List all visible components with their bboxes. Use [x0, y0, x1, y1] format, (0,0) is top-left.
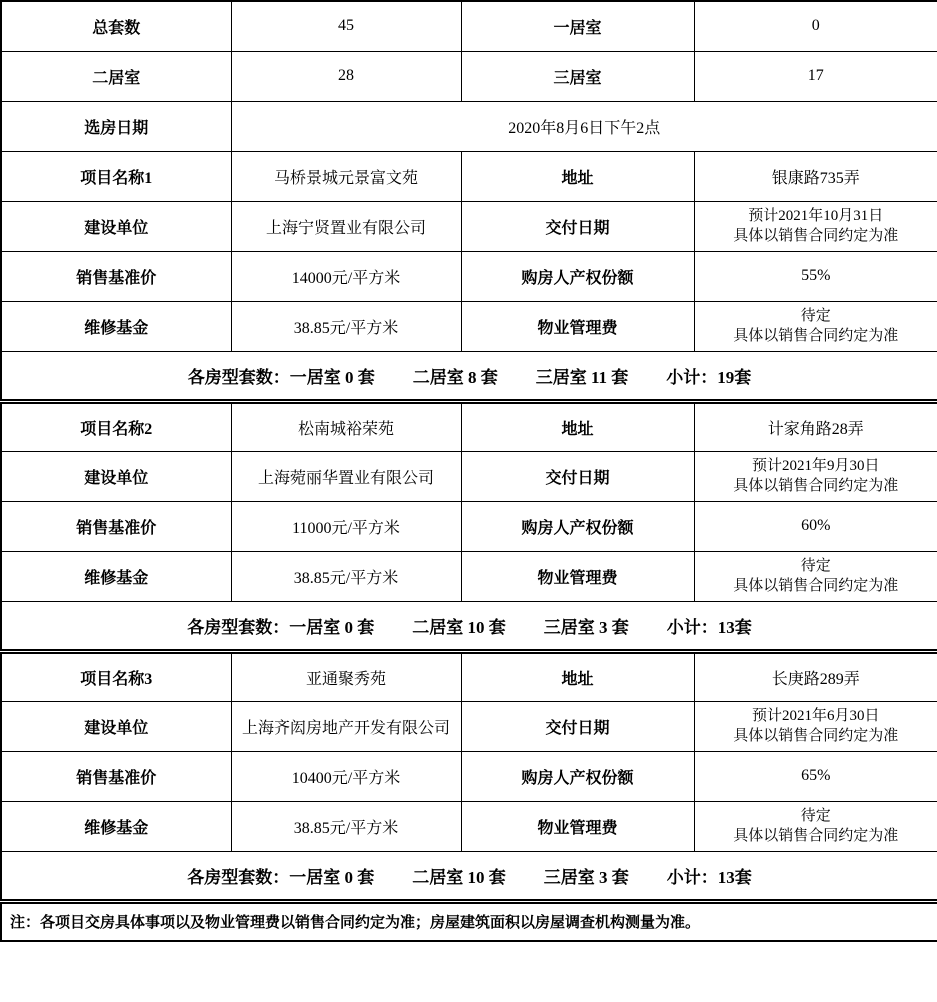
- project3-summary-one: 一居室 0 套: [289, 868, 374, 887]
- project3-price-value: 10400元/平方米: [231, 751, 461, 801]
- table-row: 注：各项目交房具体事项以及物业管理费以销售合同约定为准；房屋建筑面积以房屋调查机…: [1, 901, 937, 941]
- project3-management-line1: 待定: [699, 806, 934, 826]
- table-row: 项目名称2 松南城裕荣苑 地址 计家角路28弄: [1, 401, 937, 451]
- project2-developer-label: 建设单位: [1, 451, 231, 501]
- project1-summary-three: 三居室 11 套: [536, 363, 629, 388]
- table-row: 总套数 45 一居室 0: [1, 1, 937, 51]
- housing-info-sheet: 总套数 45 一居室 0 二居室 28 三居室 17 选房日期 2020年8月6…: [0, 0, 937, 1002]
- project2-price-label: 销售基准价: [1, 501, 231, 551]
- project2-developer-value: 上海菀丽华置业有限公司: [231, 451, 461, 501]
- project2-share-label: 购房人产权份额: [461, 501, 694, 551]
- project2-delivery-line2: 具体以销售合同约定为准: [699, 476, 934, 496]
- project2-delivery-line1: 预计2021年9月30日: [699, 456, 934, 476]
- project2-summary-one: 一居室 0 套: [289, 618, 374, 637]
- table-row: 建设单位 上海齐闳房地产开发有限公司 交付日期 预计2021年6月30日 具体以…: [1, 701, 937, 751]
- project1-summary-row: 各房型套数：一居室 0 套 二居室 8 套 三居室 11 套 小计：19套: [1, 351, 937, 401]
- project1-summary-counts: 各房型套数：一居室 0 套: [188, 363, 375, 388]
- two-bedroom-value: 28: [231, 51, 461, 101]
- project1-name-label: 项目名称1: [1, 151, 231, 201]
- project3-summary-counts: 各房型套数：一居室 0 套: [187, 863, 374, 888]
- table-row: 销售基准价 11000元/平方米 购房人产权份额 60%: [1, 501, 937, 551]
- project1-address-value: 银康路735弄: [694, 151, 937, 201]
- project1-share-label: 购房人产权份额: [461, 251, 694, 301]
- one-bedroom-value: 0: [694, 1, 937, 51]
- three-bedroom-value: 17: [694, 51, 937, 101]
- project2-delivery-label: 交付日期: [461, 451, 694, 501]
- project1-name-value: 马桥景城元景富文苑: [231, 151, 461, 201]
- project3-name-label: 项目名称3: [1, 651, 231, 701]
- project3-summary-two: 二居室 10 套: [412, 863, 506, 888]
- project3-delivery-value: 预计2021年6月30日 具体以销售合同约定为准: [694, 701, 937, 751]
- project2-maintenance-label: 维修基金: [1, 551, 231, 601]
- project3-maintenance-label: 维修基金: [1, 801, 231, 851]
- project2-delivery-value: 预计2021年9月30日 具体以销售合同约定为准: [694, 451, 937, 501]
- two-bedroom-label: 二居室: [1, 51, 231, 101]
- project3-summary-row: 各房型套数：一居室 0 套 二居室 10 套 三居室 3 套 小计：13套: [1, 851, 937, 901]
- project3-summary-label: 各房型套数：: [187, 868, 289, 887]
- three-bedroom-label: 三居室: [461, 51, 694, 101]
- table-row: 二居室 28 三居室 17: [1, 51, 937, 101]
- project2-price-value: 11000元/平方米: [231, 501, 461, 551]
- project3-developer-label: 建设单位: [1, 701, 231, 751]
- table-row: 项目名称1 马桥景城元景富文苑 地址 银康路735弄: [1, 151, 937, 201]
- project1-price-label: 销售基准价: [1, 251, 231, 301]
- table-row: 各房型套数：一居室 0 套 二居室 10 套 三居室 3 套 小计：13套: [1, 851, 937, 901]
- total-units-label: 总套数: [1, 1, 231, 51]
- table-row: 维修基金 38.85元/平方米 物业管理费 待定 具体以销售合同约定为准: [1, 301, 937, 351]
- project2-address-label: 地址: [461, 401, 694, 451]
- project3-developer-value: 上海齐闳房地产开发有限公司: [231, 701, 461, 751]
- project1-price-value: 14000元/平方米: [231, 251, 461, 301]
- housing-info-table: 总套数 45 一居室 0 二居室 28 三居室 17 选房日期 2020年8月6…: [0, 0, 937, 942]
- footnote: 注：各项目交房具体事项以及物业管理费以销售合同约定为准；房屋建筑面积以房屋调查机…: [1, 901, 937, 941]
- table-row: 各房型套数：一居室 0 套 二居室 8 套 三居室 11 套 小计：19套: [1, 351, 937, 401]
- project2-management-line1: 待定: [699, 556, 934, 576]
- project1-management-line2: 具体以销售合同约定为准: [699, 326, 934, 346]
- project2-share-value: 60%: [694, 501, 937, 551]
- project3-share-label: 购房人产权份额: [461, 751, 694, 801]
- one-bedroom-label: 一居室: [461, 1, 694, 51]
- project1-summary-two: 二居室 8 套: [413, 363, 498, 388]
- table-row: 选房日期 2020年8月6日下午2点: [1, 101, 937, 151]
- project1-share-value: 55%: [694, 251, 937, 301]
- table-row: 项目名称3 亚通聚秀苑 地址 长庚路289弄: [1, 651, 937, 701]
- project2-management-label: 物业管理费: [461, 551, 694, 601]
- project1-delivery-line1: 预计2021年10月31日: [699, 206, 934, 226]
- project2-maintenance-value: 38.85元/平方米: [231, 551, 461, 601]
- project2-summary-label: 各房型套数：: [187, 618, 289, 637]
- selection-date-label: 选房日期: [1, 101, 231, 151]
- project3-share-value: 65%: [694, 751, 937, 801]
- project3-summary-three: 三居室 3 套: [544, 863, 629, 888]
- project1-summary-one: 一居室 0 套: [290, 368, 375, 387]
- project3-management-line2: 具体以销售合同约定为准: [699, 826, 934, 846]
- selection-date-value: 2020年8月6日下午2点: [231, 101, 937, 151]
- project3-delivery-line2: 具体以销售合同约定为准: [699, 726, 934, 746]
- project2-summary-row: 各房型套数：一居室 0 套 二居室 10 套 三居室 3 套 小计：13套: [1, 601, 937, 651]
- project1-management-value: 待定 具体以销售合同约定为准: [694, 301, 937, 351]
- table-row: 各房型套数：一居室 0 套 二居室 10 套 三居室 3 套 小计：13套: [1, 601, 937, 651]
- project1-management-line1: 待定: [699, 306, 934, 326]
- project3-management-label: 物业管理费: [461, 801, 694, 851]
- project2-address-value: 计家角路28弄: [694, 401, 937, 451]
- project1-maintenance-label: 维修基金: [1, 301, 231, 351]
- project3-delivery-label: 交付日期: [461, 701, 694, 751]
- table-row: 销售基准价 10400元/平方米 购房人产权份额 65%: [1, 751, 937, 801]
- table-row: 建设单位 上海菀丽华置业有限公司 交付日期 预计2021年9月30日 具体以销售…: [1, 451, 937, 501]
- project3-address-label: 地址: [461, 651, 694, 701]
- project3-summary-subtotal: 小计：13套: [667, 863, 752, 888]
- table-row: 维修基金 38.85元/平方米 物业管理费 待定 具体以销售合同约定为准: [1, 551, 937, 601]
- total-units-value: 45: [231, 1, 461, 51]
- project2-summary-two: 二居室 10 套: [412, 613, 506, 638]
- project1-delivery-value: 预计2021年10月31日 具体以销售合同约定为准: [694, 201, 937, 251]
- project1-management-label: 物业管理费: [461, 301, 694, 351]
- project2-name-label: 项目名称2: [1, 401, 231, 451]
- project2-summary-three: 三居室 3 套: [544, 613, 629, 638]
- project1-delivery-label: 交付日期: [461, 201, 694, 251]
- project3-address-value: 长庚路289弄: [694, 651, 937, 701]
- project2-management-line2: 具体以销售合同约定为准: [699, 576, 934, 596]
- project3-delivery-line1: 预计2021年6月30日: [699, 706, 934, 726]
- project1-address-label: 地址: [461, 151, 694, 201]
- project2-name-value: 松南城裕荣苑: [231, 401, 461, 451]
- project3-price-label: 销售基准价: [1, 751, 231, 801]
- project1-developer-value: 上海宁贤置业有限公司: [231, 201, 461, 251]
- project1-summary-subtotal: 小计：19套: [666, 363, 751, 388]
- project2-summary-subtotal: 小计：13套: [667, 613, 752, 638]
- table-row: 维修基金 38.85元/平方米 物业管理费 待定 具体以销售合同约定为准: [1, 801, 937, 851]
- table-row: 销售基准价 14000元/平方米 购房人产权份额 55%: [1, 251, 937, 301]
- project3-name-value: 亚通聚秀苑: [231, 651, 461, 701]
- project3-maintenance-value: 38.85元/平方米: [231, 801, 461, 851]
- project2-summary-counts: 各房型套数：一居室 0 套: [187, 613, 374, 638]
- project1-summary-label: 各房型套数：: [188, 368, 290, 387]
- project1-developer-label: 建设单位: [1, 201, 231, 251]
- project1-delivery-line2: 具体以销售合同约定为准: [699, 226, 934, 246]
- project3-management-value: 待定 具体以销售合同约定为准: [694, 801, 937, 851]
- project1-maintenance-value: 38.85元/平方米: [231, 301, 461, 351]
- table-row: 建设单位 上海宁贤置业有限公司 交付日期 预计2021年10月31日 具体以销售…: [1, 201, 937, 251]
- project2-management-value: 待定 具体以销售合同约定为准: [694, 551, 937, 601]
